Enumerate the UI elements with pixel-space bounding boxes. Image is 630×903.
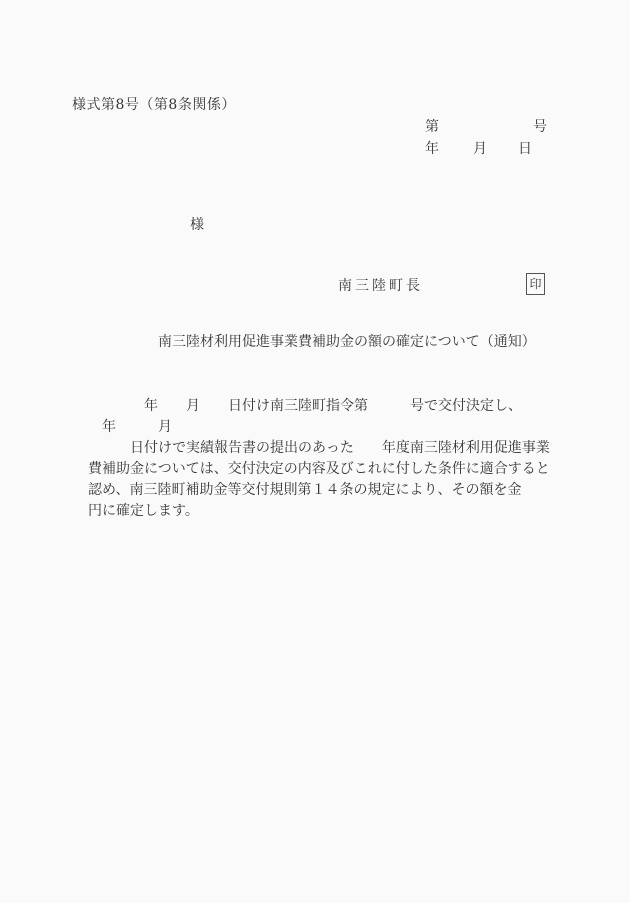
- date-day-label: 日: [518, 139, 532, 160]
- body-line: 年 月 日付け南三陸町指令第 号で交付決定し、: [88, 396, 588, 417]
- body-line: 認め、南三陸町補助金等交付規則第１４条の規定により、その額を金: [88, 480, 588, 501]
- body-line: 年 月: [88, 417, 588, 438]
- body-line: 円に確定します。: [88, 501, 588, 522]
- seal-box: 印: [526, 273, 545, 295]
- form-number: 様式第8号（第8条関係）: [72, 95, 236, 116]
- seal-label: 印: [529, 277, 541, 291]
- sender-title: 南三陸町長: [338, 276, 423, 297]
- document-page: 様式第8号（第8条関係） 第 号 年 月 日 様 南三陸町長 印 南三陸材利用促…: [0, 0, 630, 903]
- doc-number-suffix-label: 号: [533, 117, 547, 138]
- body-paragraph: 年 月 日付け南三陸町指令第 号で交付決定し、 年 月 日付けで実績報告書の提出…: [88, 396, 588, 522]
- date-month-label: 月: [473, 139, 487, 160]
- body-line: 費補助金については、交付決定の内容及びこれに付した条件に適合すると: [88, 459, 588, 480]
- date-year-label: 年: [425, 139, 439, 160]
- body-line: 日付けで実績報告書の提出のあった 年度南三陸材利用促進事業: [88, 438, 588, 459]
- document-title: 南三陸材利用促進事業費補助金の額の確定について（通知）: [158, 332, 536, 353]
- doc-number-prefix-label: 第: [425, 117, 439, 138]
- addressee-honorific: 様: [190, 215, 204, 236]
